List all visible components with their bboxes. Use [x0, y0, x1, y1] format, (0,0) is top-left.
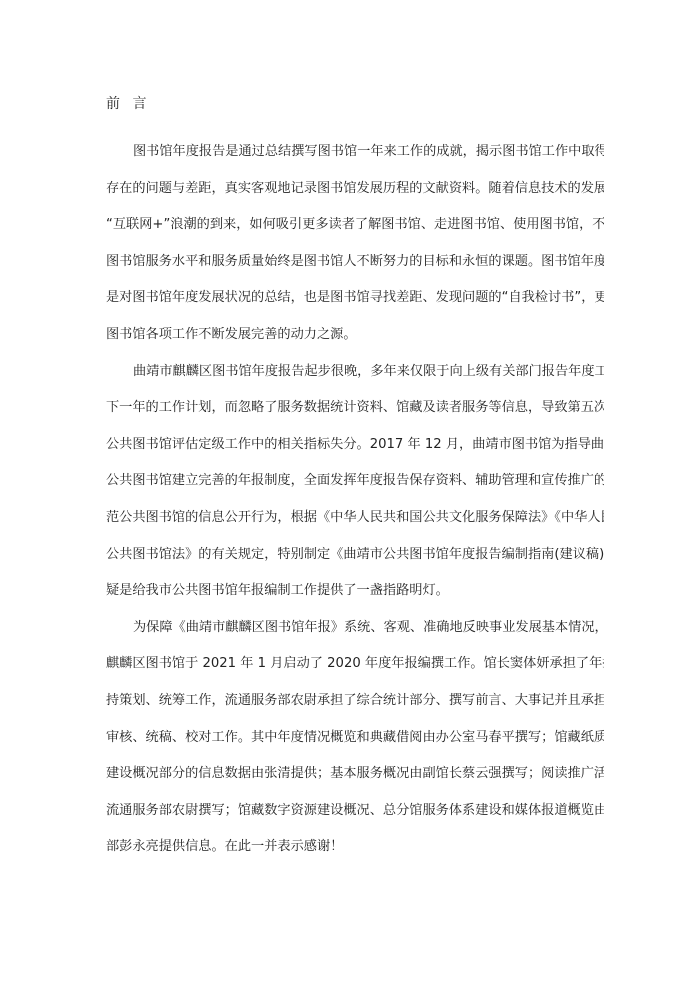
text-line: 持策划、统筹工作，流通服务部农尉承担了综合统计部分、撰写前言、大事记并且承担了后… [106, 683, 604, 720]
text-line: 存在的问题与差距，真实客观地记录图书馆发展历程的文献资料。随着信息技术的发展，特… [106, 171, 604, 208]
text-line: 范公共图书馆的信息公开行为，根据《中华人民共和国公共文化服务保障法》《中华人民共… [106, 500, 604, 537]
text-line: 部彭永亮提供信息。在此一并表示感谢！ [106, 829, 604, 866]
document-page: 前 言 图书馆年度报告是通过总结撰写图书馆一年来工作的成就，揭示图书馆工作中取得… [106, 94, 604, 866]
text-line: “互联网+”浪潮的到来，如何吸引更多读者了解图书馆、走进图书馆、使用图书馆，不断… [106, 207, 604, 244]
text-line: 图书馆年度报告是通过总结撰写图书馆一年来工作的成就，揭示图书馆工作中取得的成果、 [106, 134, 604, 171]
text-line: 公共图书馆建立完善的年报制度，全面发挥年度报告保存资料、辅助管理和宣传推广的功能… [106, 463, 604, 500]
text-line: 是对图书馆年度发展状况的总结，也是图书馆寻找差距、发现问题的“自我检讨书”，更是… [106, 280, 604, 317]
text-line: 建设概况部分的信息数据由张清提供；基本服务概况由副馆长蔡云强撰写；阅读推广活动报… [106, 756, 604, 793]
text-line: 图书馆各项工作不断发展完善的动力之源。 [106, 317, 604, 354]
text-line: 下一年的工作计划，而忽略了服务数据统计资料、馆藏及读者服务等信息，导致第五次、第… [106, 390, 604, 427]
text-line: 审核、统稿、校对工作。其中年度情况概览和典藏借阅由办公室马春平撰写；馆藏纸质图书… [106, 720, 604, 757]
text-line: 图书馆服务水平和服务质量始终是图书馆人不断努力的目标和永恒的课题。图书馆年度报告… [106, 244, 604, 281]
paragraph-2: 曲靖市麒麟区图书馆年度报告起步很晚，多年来仅限于向上级有关部门报告年度工作总结和… [106, 354, 604, 610]
text-line: 疑是给我市公共图书馆年报编制工作提供了一盏指路明灯。 [106, 573, 604, 610]
page-heading: 前 言 [106, 94, 604, 114]
text-line: 流通服务部农尉撰写；馆藏数字资源建设概况、总分馆服务体系建设和媒体报道概览由网络… [106, 793, 604, 830]
text-line: 公共图书馆评估定级工作中的相关指标失分。2017 年 12 月，曲靖市图书馆为指… [106, 427, 604, 464]
text-line: 公共图书馆法》的有关规定，特别制定《曲靖市公共图书馆年度报告编制指南(建议稿)》… [106, 537, 604, 574]
paragraph-1: 图书馆年度报告是通过总结撰写图书馆一年来工作的成就，揭示图书馆工作中取得的成果、… [106, 134, 604, 354]
text-line: 为保障《曲靖市麒麟区图书馆年报》系统、客观、准确地反映事业发展基本情况， 曲靖市 [106, 610, 604, 647]
paragraph-3: 为保障《曲靖市麒麟区图书馆年报》系统、客观、准确地反映事业发展基本情况， 曲靖市… [106, 610, 604, 866]
text-line: 麒麟区图书馆于 2021 年 1 月启动了 2020 年度年报编撰工作。馆长窦体… [106, 646, 604, 683]
text-line: 曲靖市麒麟区图书馆年度报告起步很晚，多年来仅限于向上级有关部门报告年度工作总结和 [106, 354, 604, 391]
